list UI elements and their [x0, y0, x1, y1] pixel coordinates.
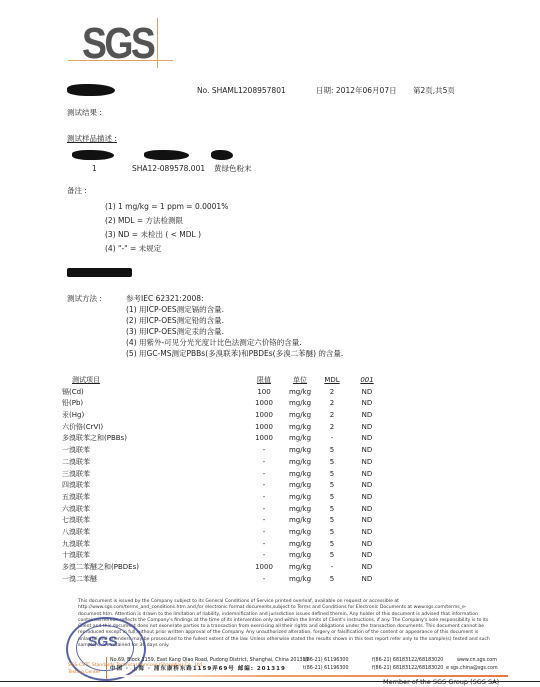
results-title: 测试结果 : [67, 108, 102, 118]
cell-test-item: 六溴联苯 [62, 504, 90, 516]
cell-test-item: 五溴联苯 [62, 492, 90, 504]
cell-unit: mg/kg [284, 422, 316, 434]
cell-test-item: 四溴联苯 [62, 480, 90, 492]
address-divider [106, 657, 107, 679]
cell-limit: - [252, 445, 276, 457]
cell-mdl: - [320, 433, 344, 445]
cell-unit: mg/kg [284, 504, 316, 516]
header-mdl: MDL [320, 375, 344, 387]
sample-description: 黄绿色粉末 [214, 164, 252, 174]
header-test-item: 测试项目 [72, 375, 100, 387]
cell-result: ND [355, 469, 379, 481]
cell-result: ND [355, 457, 379, 469]
redacted-client-name [67, 84, 115, 96]
redacted-sample-header-3 [211, 150, 233, 160]
cell-limit: - [252, 469, 276, 481]
table-row: 四溴联苯-mg/kg5ND [62, 480, 392, 492]
cell-test-item: 十溴联苯 [62, 550, 90, 562]
table-row: 八溴联苯-mg/kg5ND [62, 527, 392, 539]
cell-unit: mg/kg [284, 410, 316, 422]
cell-result: ND [355, 492, 379, 504]
cell-test-item: 一溴联苯 [62, 445, 90, 457]
cell-limit: - [252, 574, 276, 586]
method-label: 测试方法 : [67, 294, 102, 304]
header-sample-001: 001 [355, 375, 379, 387]
cell-result: ND [355, 562, 379, 574]
cell-unit: mg/kg [284, 550, 316, 562]
logo-vertical-line [157, 18, 158, 68]
report-date: 日期: 2012年06月07日 [316, 86, 397, 96]
cell-limit: - [252, 515, 276, 527]
results-table: 测试项目 限值 单位 MDL 001 镉(Cd)100mg/kg2ND铅(Pb)… [62, 375, 392, 585]
sample-index: 1 [92, 164, 97, 174]
cell-unit: mg/kg [284, 492, 316, 504]
logo-text: SGS [82, 19, 153, 69]
cell-unit: mg/kg [284, 574, 316, 586]
cell-mdl: 5 [320, 480, 344, 492]
table-row: 六溴联苯-mg/kg5ND [62, 504, 392, 516]
address-en: No.69, Block 1159, East Kang Qiao Road, … [110, 657, 309, 665]
cell-mdl: 5 [320, 492, 344, 504]
table-body: 镉(Cd)100mg/kg2ND铅(Pb)1000mg/kg2ND汞(Hg)10… [62, 387, 392, 586]
table-row: 三溴联苯-mg/kg5ND [62, 469, 392, 481]
report-number: No. SHAML1208957801 [197, 86, 286, 96]
cell-mdl: 5 [320, 469, 344, 481]
cell-mdl: 2 [320, 410, 344, 422]
table-row: 多溴联苯之和(PBBs)1000mg/kg-ND [62, 433, 392, 445]
table-header: 测试项目 限值 单位 MDL 001 [62, 375, 392, 387]
cell-test-item: 多溴二苯醚之和(PBDEs) [62, 562, 139, 574]
stamp-logo-text: SGS [88, 633, 118, 649]
cell-result: ND [355, 480, 379, 492]
cell-mdl: 5 [320, 515, 344, 527]
cell-mdl: 5 [320, 457, 344, 469]
cell-unit: mg/kg [284, 469, 316, 481]
cell-limit: 1000 [252, 433, 276, 445]
fax: f(86-21) 68183122/68183020 [372, 657, 443, 665]
table-row: 汞(Hg)1000mg/kg2ND [62, 410, 392, 422]
note-item: (4) "-" = 未规定 [105, 244, 161, 254]
notes-title: 备注 : [67, 186, 87, 196]
cell-test-item: 镉(Cd) [62, 387, 84, 399]
table-row: 一溴联苯-mg/kg5ND [62, 445, 392, 457]
cell-result: ND [355, 527, 379, 539]
cell-unit: mg/kg [284, 445, 316, 457]
cell-unit: mg/kg [284, 515, 316, 527]
company-name-line2: Testing Center [68, 670, 100, 676]
telephone: t(86-21) 61196300 [303, 657, 349, 665]
email: e sgs.china@sgs.com [446, 665, 498, 673]
cell-result: ND [355, 550, 379, 562]
method-item: (2) 用ICP-OES测定铅的含量. [126, 316, 224, 326]
table-row: 六价铬(CrVI)1000mg/kg2ND [62, 422, 392, 434]
cell-result: ND [355, 387, 379, 399]
note-item: (1) 1 mg/kg = 1 ppm = 0.0001% [105, 202, 228, 212]
cell-result: ND [355, 422, 379, 434]
cell-unit: mg/kg [284, 387, 316, 399]
page-indicator: 第2页,共5页 [413, 86, 455, 96]
table-row: 七溴联苯-mg/kg5ND [62, 515, 392, 527]
sample-description-title: 测试样品描述 : [67, 134, 117, 144]
cell-limit: - [252, 527, 276, 539]
cell-unit: mg/kg [284, 480, 316, 492]
table-row: 镉(Cd)100mg/kg2ND [62, 387, 392, 399]
cell-mdl: 2 [320, 387, 344, 399]
table-row: 五溴联苯-mg/kg5ND [62, 492, 392, 504]
cell-test-item: 六价铬(CrVI) [62, 422, 103, 434]
cell-unit: mg/kg [284, 539, 316, 551]
cell-result: ND [355, 515, 379, 527]
sgs-logo: SGS [68, 18, 173, 68]
cell-limit: 1000 [252, 398, 276, 410]
table-row: 一溴二苯醚-mg/kg5ND [62, 574, 392, 586]
header-unit: 单位 [284, 375, 316, 387]
cell-unit: mg/kg [284, 398, 316, 410]
cell-result: ND [355, 433, 379, 445]
cell-unit: mg/kg [284, 433, 316, 445]
table-row: 铅(Pb)1000mg/kg2ND [62, 398, 392, 410]
cell-test-item: 八溴联苯 [62, 527, 90, 539]
redacted-sample-header-1 [72, 150, 114, 160]
cell-mdl: 5 [320, 445, 344, 457]
cell-mdl: 5 [320, 550, 344, 562]
cell-result: ND [355, 539, 379, 551]
cell-limit: - [252, 457, 276, 469]
cell-limit: 1000 [252, 422, 276, 434]
header-limit: 限值 [252, 375, 276, 387]
method-item: (4) 用紫外-可见分光光度计比色法测定六价铬的含量. [126, 338, 302, 348]
cell-result: ND [355, 445, 379, 457]
cell-test-item: 九溴联苯 [62, 539, 90, 551]
cell-test-item: 三溴联苯 [62, 469, 90, 481]
cell-limit: 100 [252, 387, 276, 399]
footer-orange-line [108, 675, 508, 677]
cell-mdl: 5 [320, 574, 344, 586]
note-item: (2) MDL = 方法检测限 [105, 216, 183, 226]
cell-limit: 1000 [252, 410, 276, 422]
cell-mdl: 2 [320, 422, 344, 434]
cell-result: ND [355, 410, 379, 422]
cell-test-item: 一溴二苯醚 [62, 574, 97, 586]
fax-cn: f(86-21) 68183122/68183020 [372, 665, 443, 673]
table-row: 二溴联苯-mg/kg5ND [62, 457, 392, 469]
cell-result: ND [355, 398, 379, 410]
table-row: 九溴联苯-mg/kg5ND [62, 539, 392, 551]
cell-limit: - [252, 539, 276, 551]
cell-test-item: 铅(Pb) [62, 398, 83, 410]
redacted-sample-header-2 [144, 150, 189, 160]
cell-limit: - [252, 504, 276, 516]
cell-unit: mg/kg [284, 562, 316, 574]
redacted-section-heading [67, 268, 132, 277]
telephone-cn: t(86-21) 61196300 [303, 665, 349, 673]
cell-result: ND [355, 504, 379, 516]
method-reference: 参考IEC 62321:2008: [126, 294, 204, 304]
cell-mdl: - [320, 562, 344, 574]
cell-unit: mg/kg [284, 457, 316, 469]
note-item: (3) ND = 未检出 ( < MDL ) [105, 230, 201, 240]
cell-test-item: 多溴联苯之和(PBBs) [62, 433, 127, 445]
cell-limit: - [252, 550, 276, 562]
cell-test-item: 二溴联苯 [62, 457, 90, 469]
table-row: 多溴二苯醚之和(PBDEs)1000mg/kg-ND [62, 562, 392, 574]
member-statement: Member of the SGS Group (SGS SA) [383, 678, 499, 687]
sample-number: SHA12-089578.001 [132, 164, 205, 174]
cell-mdl: 5 [320, 504, 344, 516]
website: www.cn.sgs.com [457, 657, 497, 665]
cell-mdl: 2 [320, 398, 344, 410]
cell-mdl: 5 [320, 539, 344, 551]
table-row: 十溴联苯-mg/kg5ND [62, 550, 392, 562]
method-item: (1) 用ICP-OES测定镉的含量. [126, 305, 224, 315]
cell-mdl: 5 [320, 527, 344, 539]
method-item: (3) 用ICP-OES测定汞的含量. [126, 327, 224, 337]
cell-result: ND [355, 574, 379, 586]
cell-limit: - [252, 492, 276, 504]
cell-test-item: 七溴联苯 [62, 515, 90, 527]
method-item: (5) 用GC-MS测定PBBs(多溴联苯)和PBDEs(多溴二苯醚) 的含量. [126, 349, 343, 359]
cell-limit: 1000 [252, 562, 276, 574]
cell-test-item: 汞(Hg) [62, 410, 84, 422]
cell-limit: - [252, 480, 276, 492]
cell-unit: mg/kg [284, 527, 316, 539]
address-cn: 中国 · 上海 · 浦东康桥东路1159弄69号 邮编: 201319 [110, 665, 286, 673]
